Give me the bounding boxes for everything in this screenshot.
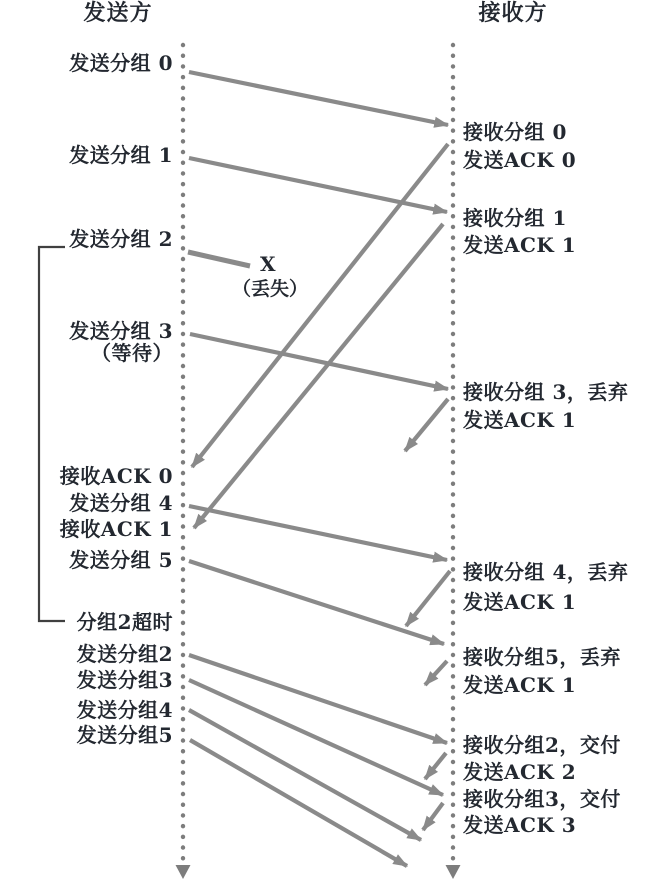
receiver-column-title: 接收方 [455, 2, 571, 24]
sender-event-resend-packet-4: 发送分组4 [77, 699, 173, 721]
receiver-event-send-ack-1-again: 发送ACK 1 [463, 409, 576, 431]
arrow-ack-0 [192, 144, 448, 467]
receiver-event-receive-packet-2-deliver: 接收分组2，交付 [463, 734, 621, 756]
sender-event-resend-packet-2: 发送分组2 [77, 643, 173, 665]
receiver-event-receive-packet-5-discard: 接收分组5，丢弃 [463, 646, 621, 668]
arrow-send-packet-4 [189, 506, 447, 560]
sender-event-receive-ack-0: 接收ACK 0 [60, 465, 173, 487]
arrow-ack-1-after-discard-5 [425, 661, 447, 685]
sender-event-packet-2-timeout: 分组2超时 [77, 611, 173, 633]
packet-lost-label: （丢失） [229, 278, 311, 300]
sender-event-waiting: （等待） [91, 342, 173, 364]
arrow-resend-packet-4 [189, 710, 421, 840]
arrow-ack-3 [423, 803, 443, 830]
sender-event-resend-packet-5: 发送分组5 [77, 724, 173, 746]
arrow-ack-2 [425, 753, 446, 779]
arrow-resend-packet-5 [190, 740, 407, 866]
arrow-ack-1 [194, 224, 443, 528]
receiver-timeline-arrowhead [446, 865, 461, 879]
arrow-send-packet-1 [189, 158, 447, 212]
sender-event-send-packet-3: 发送分组 3 [69, 320, 173, 342]
arrow-ack-1-after-discard-4 [406, 571, 450, 626]
receiver-event-receive-packet-1: 接收分组 1 [463, 207, 567, 229]
arrow-packet-2-lost-segment [188, 252, 250, 266]
timeout-bracket [39, 247, 65, 621]
receiver-event-send-ack-1-fourth: 发送ACK 1 [463, 674, 576, 696]
arrow-send-packet-5 [189, 561, 444, 644]
sender-event-receive-ack-1: 接收ACK 1 [60, 518, 173, 540]
packet-lost-x-mark: X [258, 253, 278, 275]
sender-event-send-packet-5: 发送分组 5 [69, 549, 173, 571]
arrow-send-packet-3 [190, 334, 448, 389]
receiver-event-receive-packet-3-discard: 接收分组 3，丢弃 [463, 381, 628, 403]
receiver-event-send-ack-1: 发送ACK 1 [463, 234, 576, 256]
sender-timeline-arrowhead [176, 865, 191, 879]
gbn-timeout-retransmission-diagram: 发送方 接收方 发送分组 0 发送分组 1 发送分组 2 发送分组 3 （等待）… [0, 0, 655, 884]
arrow-send-packet-0 [189, 72, 448, 125]
receiver-event-send-ack-1-third: 发送ACK 1 [463, 591, 576, 613]
sender-event-send-packet-1: 发送分组 1 [69, 144, 173, 166]
receiver-event-receive-packet-0: 接收分组 0 [463, 121, 567, 143]
receiver-event-send-ack-3: 发送ACK 3 [463, 814, 576, 836]
sender-event-send-packet-2: 发送分组 2 [69, 228, 173, 250]
sender-event-send-packet-4: 发送分组 4 [69, 492, 173, 514]
sender-event-resend-packet-3: 发送分组3 [77, 669, 173, 691]
receiver-event-send-ack-2: 发送ACK 2 [463, 761, 576, 783]
arrow-ack-1-after-discard-3 [405, 399, 448, 451]
receiver-event-send-ack-0: 发送ACK 0 [463, 149, 576, 171]
sender-event-send-packet-0: 发送分组 0 [69, 52, 173, 74]
receiver-event-receive-packet-3-deliver: 接收分组3，交付 [463, 788, 621, 810]
sender-column-title: 发送方 [60, 2, 176, 24]
receiver-event-receive-packet-4-discard: 接收分组 4，丢弃 [463, 561, 628, 583]
